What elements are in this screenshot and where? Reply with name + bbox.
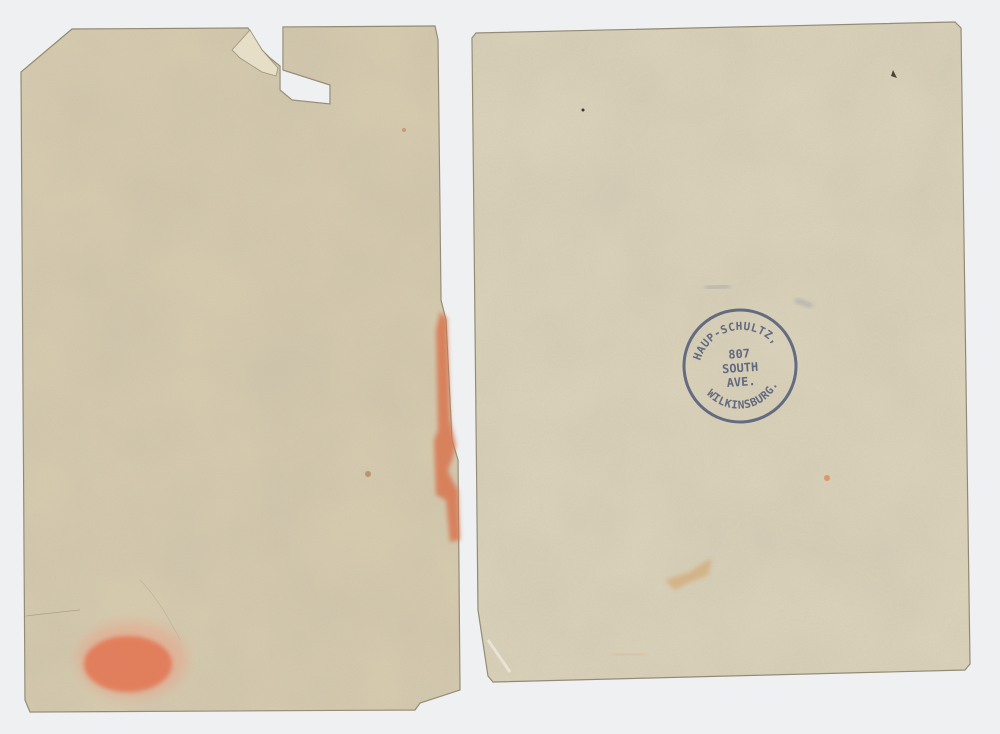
cards-illustration	[0, 0, 1000, 734]
stamp-avenue: AVE.	[726, 374, 756, 390]
scan-scene: HAUP-SCHULTZ, WILKINSBURG. 807 SOUTH AVE…	[0, 0, 1000, 734]
left-card	[21, 26, 460, 712]
rubber-stamp: HAUP-SCHULTZ, WILKINSBURG. 807 SOUTH AVE…	[676, 302, 804, 430]
red-stain-bottom	[77, 622, 187, 698]
